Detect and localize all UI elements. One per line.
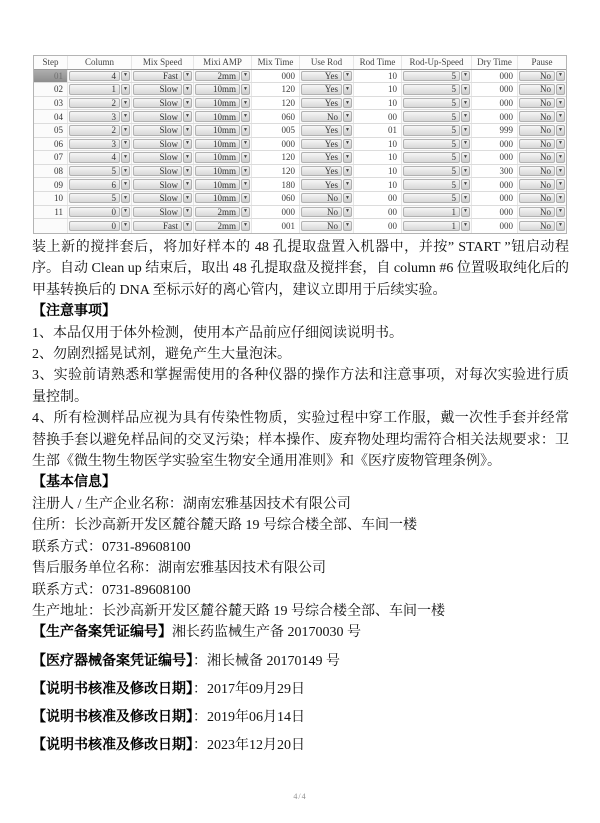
dropdown-value: No [519,98,555,109]
dropdown-value: 5 [403,193,460,204]
rod-up-speed-dropdown[interactable]: 5▼ [402,83,472,96]
use-rod-dropdown[interactable]: No▼ [300,192,354,205]
step-cell[interactable]: 01 [34,70,68,83]
dropdown-value: 1 [69,84,120,95]
mix-time-value-cell: 180 [252,178,300,191]
use-rod-dropdown[interactable]: No▼ [300,206,354,219]
chevron-down-icon[interactable]: ▼ [461,193,470,204]
rod-time-value-cell: 00 [354,219,402,233]
paragraph: 联系方式：0731-89608100 [32,580,569,601]
use-rod-dropdown[interactable]: Yes▼ [300,165,354,178]
chevron-down-icon[interactable]: ▼ [241,111,250,122]
paragraph: 售后服务单位名称：湖南宏雅基因技术有限公司 [32,558,569,579]
dropdown-value: No [519,193,555,204]
dry-time-value-cell: 000 [472,178,518,191]
chevron-down-icon[interactable]: ▼ [121,125,130,136]
table-row: 105▼Slow▼10mm▼060No▼005▼000No▼ [34,192,566,206]
dropdown-value: Slow [133,111,182,122]
chevron-down-icon[interactable]: ▼ [461,111,470,122]
dropdown-value: 5 [403,71,460,82]
table-row: 043▼Slow▼10mm▼060No▼005▼000No▼ [34,110,566,124]
use-rod-dropdown[interactable]: No▼ [300,110,354,123]
dropdown-value: Yes [301,84,342,95]
mix-speed-dropdown[interactable]: Slow▼ [132,206,194,219]
paragraph: 3、实验前请熟悉和掌握需使用的各种仪器的操作方法和注意事项，对每次实验进行质量控… [32,365,569,408]
paragraph-text: 湘长药监械生产备 20170030 号 [172,625,361,640]
chevron-down-icon[interactable]: ▼ [461,139,470,150]
paragraph-text: 3、实验前请熟悉和掌握需使用的各种仪器的操作方法和注意事项，对每次实验进行质量控… [32,368,569,404]
dropdown-value: No [301,207,342,218]
table-row: 0▼Fast▼2mm▼001No▼001▼000No▼ [34,219,566,233]
column-dropdown[interactable]: 6▼ [68,178,132,191]
chevron-down-icon[interactable]: ▼ [556,207,565,218]
dry-time-value-cell: 000 [472,151,518,164]
chevron-down-icon[interactable]: ▼ [343,111,352,122]
chevron-down-icon[interactable]: ▼ [556,125,565,136]
mix-speed-dropdown[interactable]: Fast▼ [132,219,194,233]
chevron-down-icon[interactable]: ▼ [241,71,250,82]
dry-time-value-cell: 000 [472,206,518,219]
dropdown-value: 5 [403,139,460,150]
table-row: 032▼Slow▼10mm▼120Yes▼105▼000No▼ [34,97,566,111]
mix-time-value-cell: 120 [252,151,300,164]
extraction-program-table: StepColumnMix SpeedMixi AMPMix TimeUse R… [33,55,567,234]
pause-dropdown[interactable]: No▼ [518,192,566,205]
section-label: 【基本信息】 [32,475,116,490]
table-row: 014▼Fast▼2mm▼000Yes▼105▼000No▼ [34,70,566,84]
pause-dropdown[interactable]: No▼ [518,124,566,137]
step-cell[interactable]: 03 [34,97,68,110]
mixi-amp-dropdown[interactable]: 2mm▼ [194,70,252,83]
mix-speed-dropdown[interactable]: Slow▼ [132,192,194,205]
paragraph-text: 2、勿剧烈摇晃试剂，避免产生大量泡沫。 [32,347,291,362]
dropdown-value: 5 [403,152,460,163]
mix-time-value-cell: 000 [252,70,300,83]
mix-speed-dropdown[interactable]: Slow▼ [132,151,194,164]
pause-dropdown[interactable]: No▼ [518,97,566,110]
pause-dropdown[interactable]: No▼ [518,151,566,164]
mix-time-value-cell: 005 [252,124,300,137]
paragraph-text: 生产地址：长沙高新开发区麓谷麓天路 19 号综合楼全部、车间一楼 [32,604,445,619]
dropdown-value: Yes [301,98,342,109]
column-header-column: Column [68,56,132,69]
chevron-down-icon[interactable]: ▼ [121,221,130,232]
chevron-down-icon[interactable]: ▼ [461,179,470,190]
mix-speed-dropdown[interactable]: Fast▼ [132,70,194,83]
dropdown-value: 10mm [195,193,240,204]
chevron-down-icon[interactable]: ▼ [241,221,250,232]
dropdown-value: Slow [133,179,182,190]
mix-speed-dropdown[interactable]: Slow▼ [132,110,194,123]
paragraph: 【医疗器械备案凭证编号】：湘长械备 20170149 号 [32,651,569,672]
dropdown-value: No [519,125,555,136]
chevron-down-icon[interactable]: ▼ [183,71,192,82]
dropdown-value: Slow [133,84,182,95]
dropdown-value: 5 [403,166,460,177]
pause-dropdown[interactable]: No▼ [518,219,566,233]
rod-time-value-cell: 01 [354,124,402,137]
rod-time-value-cell: 10 [354,151,402,164]
chevron-down-icon[interactable]: ▼ [343,179,352,190]
dropdown-value: 5 [403,179,460,190]
rod-up-speed-dropdown[interactable]: 5▼ [402,97,472,110]
mixi-amp-dropdown[interactable]: 10mm▼ [194,178,252,191]
dropdown-value: 3 [69,139,120,150]
column-dropdown[interactable]: 5▼ [68,165,132,178]
document-page: StepColumnMix SpeedMixi AMPMix TimeUse R… [0,0,600,823]
chevron-down-icon[interactable]: ▼ [121,152,130,163]
dropdown-value: 4 [69,71,120,82]
dry-time-value-cell: 000 [472,110,518,123]
paragraph-text: ：湘长械备 20170149 号 [193,654,340,669]
paragraph: 住所：长沙高新开发区麓谷麓天路 19 号综合楼全部、车间一楼 [32,515,569,536]
column-dropdown[interactable]: 4▼ [68,70,132,83]
section-label: 【说明书核准及修改日期】 [32,738,193,753]
use-rod-dropdown[interactable]: Yes▼ [300,70,354,83]
chevron-down-icon[interactable]: ▼ [556,166,565,177]
mixi-amp-dropdown[interactable]: 10mm▼ [194,151,252,164]
column-dropdown[interactable]: 2▼ [68,124,132,137]
rod-time-value-cell: 10 [354,138,402,151]
use-rod-dropdown[interactable]: Yes▼ [300,124,354,137]
step-cell[interactable]: 06 [34,138,68,151]
use-rod-dropdown[interactable]: Yes▼ [300,97,354,110]
use-rod-dropdown[interactable]: Yes▼ [300,178,354,191]
column-dropdown[interactable]: 4▼ [68,151,132,164]
dropdown-value: 5 [69,193,120,204]
dropdown-value: Slow [133,98,182,109]
dropdown-value: 2mm [195,221,240,232]
dropdown-value: 10mm [195,139,240,150]
chevron-down-icon[interactable]: ▼ [121,166,130,177]
mix-speed-dropdown[interactable]: Slow▼ [132,178,194,191]
column-dropdown[interactable]: 3▼ [68,138,132,151]
column-header-mix-time: Mix Time [252,56,300,69]
paragraph-text: 售后服务单位名称：湖南宏雅基因技术有限公司 [32,561,326,576]
column-header-dry-time: Dry Time [472,56,518,69]
use-rod-dropdown[interactable]: Yes▼ [300,83,354,96]
table-header-row: StepColumnMix SpeedMixi AMPMix TimeUse R… [34,56,566,70]
rod-up-speed-dropdown[interactable]: 5▼ [402,70,472,83]
column-header-use-rod: Use Rod [300,56,354,69]
dropdown-value: 2 [69,98,120,109]
rod-up-speed-dropdown[interactable]: 5▼ [402,124,472,137]
step-cell[interactable]: 08 [34,165,68,178]
chevron-down-icon[interactable]: ▼ [461,71,470,82]
column-header-pause: Pause [518,56,566,69]
chevron-down-icon[interactable]: ▼ [183,139,192,150]
chevron-down-icon[interactable]: ▼ [343,71,352,82]
chevron-down-icon[interactable]: ▼ [183,166,192,177]
chevron-down-icon[interactable]: ▼ [461,152,470,163]
chevron-down-icon[interactable]: ▼ [241,139,250,150]
column-dropdown[interactable]: 1▼ [68,83,132,96]
chevron-down-icon[interactable]: ▼ [556,111,565,122]
dropdown-value: No [519,179,555,190]
pause-dropdown[interactable]: No▼ [518,138,566,151]
dropdown-value: Slow [133,193,182,204]
step-cell[interactable]: 05 [34,124,68,137]
mix-time-value-cell: 060 [252,192,300,205]
chevron-down-icon[interactable]: ▼ [556,84,565,95]
dropdown-value: No [519,152,555,163]
mix-speed-dropdown[interactable]: Slow▼ [132,165,194,178]
pause-dropdown[interactable]: No▼ [518,70,566,83]
dropdown-value: Fast [133,71,182,82]
chevron-down-icon[interactable]: ▼ [461,207,470,218]
dropdown-value: Yes [301,139,342,150]
paragraph-text: 联系方式：0731-89608100 [32,540,191,555]
chevron-down-icon[interactable]: ▼ [241,207,250,218]
mix-speed-dropdown[interactable]: Slow▼ [132,97,194,110]
dropdown-value: 10mm [195,152,240,163]
chevron-down-icon[interactable]: ▼ [241,84,250,95]
chevron-down-icon[interactable]: ▼ [121,71,130,82]
mix-speed-dropdown[interactable]: Slow▼ [132,124,194,137]
use-rod-dropdown[interactable]: Yes▼ [300,138,354,151]
rod-up-speed-dropdown[interactable]: 5▼ [402,192,472,205]
rod-up-speed-dropdown[interactable]: 5▼ [402,138,472,151]
chevron-down-icon[interactable]: ▼ [343,139,352,150]
dropdown-value: 6 [69,179,120,190]
dry-time-value-cell: 000 [472,219,518,233]
chevron-down-icon[interactable]: ▼ [556,98,565,109]
mix-time-value-cell: 000 [252,206,300,219]
column-dropdown[interactable]: 0▼ [68,206,132,219]
mix-time-value-cell: 120 [252,83,300,96]
paragraph-text: ：2019年06月14日 [193,710,305,725]
dropdown-value: No [301,193,342,204]
dropdown-value: 10mm [195,111,240,122]
chevron-down-icon[interactable]: ▼ [343,125,352,136]
mixi-amp-dropdown[interactable]: 10mm▼ [194,110,252,123]
dropdown-value: 5 [403,84,460,95]
paragraph: 【生产备案凭证编号】湘长药监械生产备 20170030 号 [32,622,569,643]
dry-time-value-cell: 000 [472,83,518,96]
dropdown-value: 10mm [195,98,240,109]
use-rod-dropdown[interactable]: Yes▼ [300,151,354,164]
rod-up-speed-dropdown[interactable]: 5▼ [402,165,472,178]
mix-speed-dropdown[interactable]: Slow▼ [132,83,194,96]
dropdown-value: 5 [403,98,460,109]
column-dropdown[interactable]: 2▼ [68,97,132,110]
mixi-amp-dropdown[interactable]: 10mm▼ [194,192,252,205]
mixi-amp-dropdown[interactable]: 10mm▼ [194,138,252,151]
paragraph-text: ：2017年09月29日 [193,682,305,697]
chevron-down-icon[interactable]: ▼ [121,111,130,122]
mixi-amp-dropdown[interactable]: 10mm▼ [194,165,252,178]
document-body-text: 装上新的搅拌套后，将加好样本的 48 孔提取盘置入机器中，并按” START ”… [32,237,569,757]
paragraph: 联系方式：0731-89608100 [32,537,569,558]
rod-time-value-cell: 00 [354,192,402,205]
mixi-amp-dropdown[interactable]: 2mm▼ [194,219,252,233]
step-cell[interactable]: 04 [34,110,68,123]
dropdown-value: 5 [69,166,120,177]
paragraph-text: ：2023年12月20日 [193,738,305,753]
dropdown-value: Slow [133,166,182,177]
pause-dropdown[interactable]: No▼ [518,110,566,123]
rod-up-speed-dropdown[interactable]: 1▼ [402,219,472,233]
chevron-down-icon[interactable]: ▼ [343,84,352,95]
paragraph: 装上新的搅拌套后，将加好样本的 48 孔提取盘置入机器中，并按” START ”… [32,237,569,301]
chevron-down-icon[interactable]: ▼ [183,193,192,204]
mix-time-value-cell: 000 [252,138,300,151]
column-dropdown[interactable]: 3▼ [68,110,132,123]
column-dropdown[interactable]: 0▼ [68,219,132,233]
paragraph: 4、所有检测样品应视为具有传染性物质，实验过程中穿工作服，戴一次性手套并经常替换… [32,408,569,472]
rod-time-value-cell: 10 [354,83,402,96]
dry-time-value-cell: 300 [472,165,518,178]
dry-time-value-cell: 000 [472,138,518,151]
page-number: 4/4 [0,792,600,801]
dry-time-value-cell: 999 [472,124,518,137]
mix-speed-dropdown[interactable]: Slow▼ [132,138,194,151]
chevron-down-icon[interactable]: ▼ [556,193,565,204]
column-header-mixi-amp: Mixi AMP [194,56,252,69]
column-header-mix-speed: Mix Speed [132,56,194,69]
chevron-down-icon[interactable]: ▼ [343,166,352,177]
chevron-down-icon[interactable]: ▼ [556,152,565,163]
chevron-down-icon[interactable]: ▼ [241,152,250,163]
chevron-down-icon[interactable]: ▼ [556,139,565,150]
chevron-down-icon[interactable]: ▼ [343,207,352,218]
dropdown-value: 1 [403,207,460,218]
paragraph: 【说明书核准及修改日期】：2017年09月29日 [32,679,569,700]
mix-time-value-cell: 001 [252,219,300,233]
section-label: 【说明书核准及修改日期】 [32,710,193,725]
chevron-down-icon[interactable]: ▼ [461,98,470,109]
chevron-down-icon[interactable]: ▼ [343,98,352,109]
mixi-amp-dropdown[interactable]: 2mm▼ [194,206,252,219]
pause-dropdown[interactable]: No▼ [518,83,566,96]
paragraph-text: 住所：长沙高新开发区麓谷麓天路 19 号综合楼全部、车间一楼 [32,518,417,533]
chevron-down-icon[interactable]: ▼ [461,221,470,232]
paragraph-text: 1、本品仅用于体外检测，使用本产品前应仔细阅读说明书。 [32,326,403,341]
dropdown-value: 5 [403,125,460,136]
table-row: 096▼Slow▼10mm▼180Yes▼105▼000No▼ [34,178,566,192]
dropdown-value: Yes [301,179,342,190]
chevron-down-icon[interactable]: ▼ [183,125,192,136]
chevron-down-icon[interactable]: ▼ [343,152,352,163]
chevron-down-icon[interactable]: ▼ [183,111,192,122]
pause-dropdown[interactable]: No▼ [518,165,566,178]
dropdown-value: 10mm [195,84,240,95]
rod-up-speed-dropdown[interactable]: 1▼ [402,206,472,219]
rod-time-value-cell: 00 [354,110,402,123]
column-header-rod-time: Rod Time [354,56,402,69]
dropdown-value: No [519,71,555,82]
column-dropdown[interactable]: 5▼ [68,192,132,205]
chevron-down-icon[interactable]: ▼ [183,207,192,218]
use-rod-dropdown[interactable]: No▼ [300,219,354,233]
dropdown-value: 4 [69,152,120,163]
rod-up-speed-dropdown[interactable]: 5▼ [402,110,472,123]
mixi-amp-dropdown[interactable]: 10mm▼ [194,124,252,137]
step-cell[interactable]: 09 [34,178,68,191]
dropdown-value: No [519,221,555,232]
chevron-down-icon[interactable]: ▼ [556,71,565,82]
chevron-down-icon[interactable]: ▼ [183,221,192,232]
step-cell[interactable]: 11 [34,206,68,219]
chevron-down-icon[interactable]: ▼ [241,98,250,109]
section-label: 【说明书核准及修改日期】 [32,682,193,697]
chevron-down-icon[interactable]: ▼ [241,179,250,190]
rod-time-value-cell: 10 [354,165,402,178]
step-cell[interactable]: 07 [34,151,68,164]
dropdown-value: Yes [301,125,342,136]
paragraph: 2、勿剧烈摇晃试剂，避免产生大量泡沫。 [32,344,569,365]
dropdown-value: 2mm [195,71,240,82]
column-header-rod-up-speed: Rod-Up-Speed [402,56,472,69]
dropdown-value: Fast [133,221,182,232]
chevron-down-icon[interactable]: ▼ [183,84,192,95]
dry-time-value-cell: 000 [472,192,518,205]
table-row: 052▼Slow▼10mm▼005Yes▼015▼999No▼ [34,124,566,138]
column-header-step: Step [34,56,68,69]
paragraph: 1、本品仅用于体外检测，使用本产品前应仔细阅读说明书。 [32,323,569,344]
step-cell[interactable] [34,219,68,233]
chevron-down-icon[interactable]: ▼ [183,152,192,163]
pause-dropdown[interactable]: No▼ [518,206,566,219]
chevron-down-icon[interactable]: ▼ [121,193,130,204]
chevron-down-icon[interactable]: ▼ [556,221,565,232]
chevron-down-icon[interactable]: ▼ [121,98,130,109]
mix-time-value-cell: 060 [252,110,300,123]
chevron-down-icon[interactable]: ▼ [461,166,470,177]
dry-time-value-cell: 000 [472,70,518,83]
table-row: 110▼Slow▼2mm▼000No▼001▼000No▼ [34,206,566,220]
chevron-down-icon[interactable]: ▼ [343,193,352,204]
section-heading: 【注意事项】 [32,301,569,322]
chevron-down-icon[interactable]: ▼ [461,125,470,136]
table-row: 085▼Slow▼10mm▼120Yes▼105▼300No▼ [34,165,566,179]
rod-up-speed-dropdown[interactable]: 5▼ [402,151,472,164]
dropdown-value: No [519,139,555,150]
chevron-down-icon[interactable]: ▼ [121,179,130,190]
chevron-down-icon[interactable]: ▼ [183,179,192,190]
chevron-down-icon[interactable]: ▼ [241,125,250,136]
table-row: 074▼Slow▼10mm▼120Yes▼105▼000No▼ [34,151,566,165]
chevron-down-icon[interactable]: ▼ [343,221,352,232]
mixi-amp-dropdown[interactable]: 10mm▼ [194,97,252,110]
section-label: 【注意事项】 [32,304,116,319]
rod-up-speed-dropdown[interactable]: 5▼ [402,178,472,191]
pause-dropdown[interactable]: No▼ [518,178,566,191]
chevron-down-icon[interactable]: ▼ [121,84,130,95]
dropdown-value: 2 [69,125,120,136]
step-cell[interactable]: 10 [34,192,68,205]
dropdown-value: No [301,221,342,232]
dropdown-value: Slow [133,139,182,150]
chevron-down-icon[interactable]: ▼ [241,193,250,204]
rod-time-value-cell: 00 [354,206,402,219]
paragraph-text: 注册人 / 生产企业名称：湖南宏雅基因技术有限公司 [32,497,351,512]
chevron-down-icon[interactable]: ▼ [121,207,130,218]
dropdown-value: Yes [301,71,342,82]
dropdown-value: No [519,111,555,122]
dropdown-value: 10mm [195,125,240,136]
chevron-down-icon[interactable]: ▼ [183,98,192,109]
chevron-down-icon[interactable]: ▼ [461,84,470,95]
dropdown-value: 10mm [195,179,240,190]
chevron-down-icon[interactable]: ▼ [241,166,250,177]
chevron-down-icon[interactable]: ▼ [121,139,130,150]
step-cell[interactable]: 02 [34,83,68,96]
mixi-amp-dropdown[interactable]: 10mm▼ [194,83,252,96]
mix-time-value-cell: 120 [252,97,300,110]
chevron-down-icon[interactable]: ▼ [556,179,565,190]
paragraph-text: 联系方式：0731-89608100 [32,583,191,598]
